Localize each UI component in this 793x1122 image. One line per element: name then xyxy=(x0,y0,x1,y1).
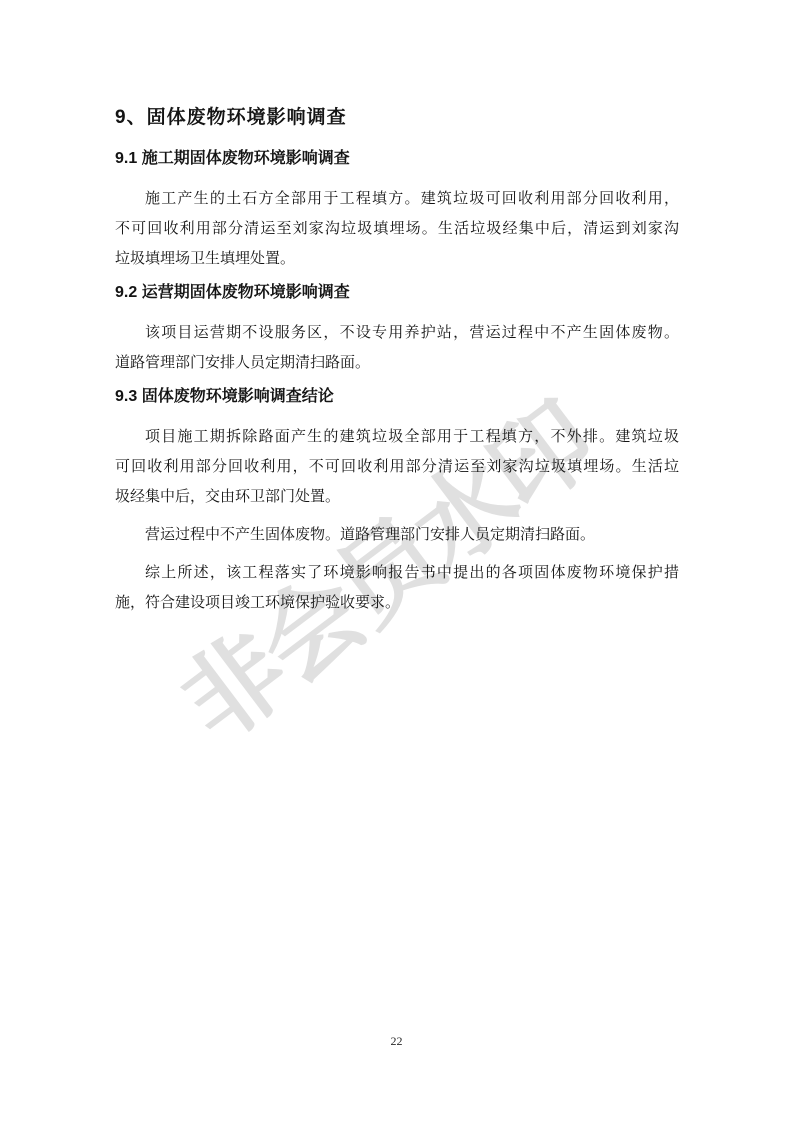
text-line: 营运过程中不产生固体废物。道路管理部门安排人员定期清扫路面。 xyxy=(115,520,679,550)
paragraph: 综上所述，该工程落实了环境影响报告书中提出的各项固体废物环境保护措施，符合建设项… xyxy=(115,558,679,618)
chapter-heading: 9、固体废物环境影响调查 xyxy=(115,104,679,131)
paragraph: 营运过程中不产生固体废物。道路管理部门安排人员定期清扫路面。 xyxy=(115,520,679,550)
text-line: 项目施工期拆除路面产生的建筑垃圾全部用于工程填方，不外排。建筑垃圾 xyxy=(115,422,679,452)
text-line: 道路管理部门安排人员定期清扫路面。 xyxy=(115,348,679,378)
section-heading: 9.3 固体废物环境影响调查结论 xyxy=(115,386,679,408)
page-footer: 22 xyxy=(0,1032,793,1050)
document-page: 非会员水印 9、固体废物环境影响调查9.1 施工期固体废物环境影响调查施工产生的… xyxy=(0,0,793,1122)
text-line: 施工产生的土石方全部用于工程填方。建筑垃圾可回收利用部分回收利用， xyxy=(115,184,679,214)
text-line: 施，符合建设项目竣工环境保护验收要求。 xyxy=(115,588,679,618)
text-line: 不可回收利用部分清运至刘家沟垃圾填埋场。生活垃圾经集中后，清运到刘家沟 xyxy=(115,214,679,244)
paragraph: 项目施工期拆除路面产生的建筑垃圾全部用于工程填方，不外排。建筑垃圾可回收利用部分… xyxy=(115,422,679,512)
text-line: 圾经集中后，交由环卫部门处置。 xyxy=(115,482,679,512)
document-content: 9、固体废物环境影响调查9.1 施工期固体废物环境影响调查施工产生的土石方全部用… xyxy=(115,104,679,626)
paragraph: 该项目运营期不设服务区，不设专用养护站，营运过程中不产生固体废物。道路管理部门安… xyxy=(115,318,679,378)
section-heading: 9.1 施工期固体废物环境影响调查 xyxy=(115,148,679,170)
text-line: 该项目运营期不设服务区，不设专用养护站，营运过程中不产生固体废物。 xyxy=(115,318,679,348)
text-line: 垃圾填埋场卫生填埋处置。 xyxy=(115,244,679,274)
text-line: 可回收利用部分回收利用，不可回收利用部分清运至刘家沟垃圾填埋场。生活垃 xyxy=(115,452,679,482)
paragraph: 施工产生的土石方全部用于工程填方。建筑垃圾可回收利用部分回收利用，不可回收利用部… xyxy=(115,184,679,274)
page-number: 22 xyxy=(391,1034,403,1048)
section-heading: 9.2 运营期固体废物环境影响调查 xyxy=(115,282,679,304)
text-line: 综上所述，该工程落实了环境影响报告书中提出的各项固体废物环境保护措 xyxy=(115,558,679,588)
